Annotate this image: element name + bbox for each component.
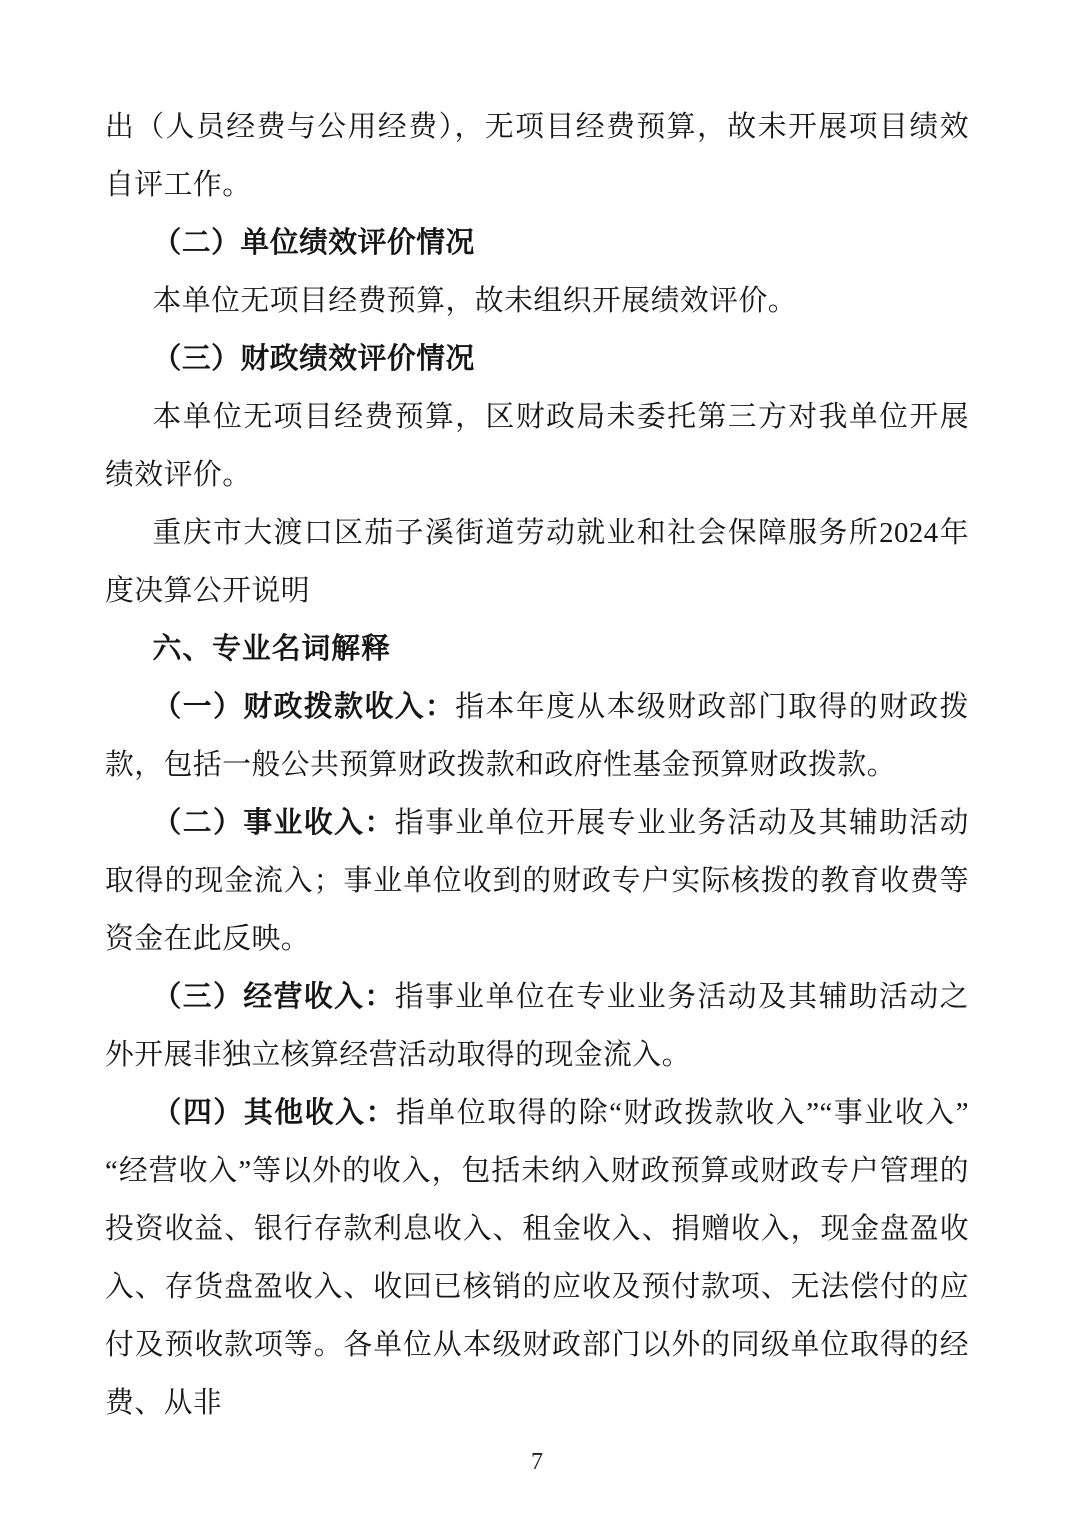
paragraph-text: 六、专业名词解释 — [153, 633, 391, 665]
document-page: 出（人员经费与公用经费），无项目经费预算，故未开展项目绩效自评工作。（二）单位绩… — [0, 0, 1074, 1520]
paragraph-lead-term: （二）事业收入： — [153, 807, 395, 839]
paragraph-text: （二）单位绩效评价情况 — [153, 227, 475, 259]
paragraph-text: 出（人员经费与公用经费），无项目经费预算，故未开展项目绩效自评工作。 — [105, 111, 969, 201]
paragraph-lead-term: （四）其他收入： — [153, 1097, 397, 1129]
paragraph: 重庆市大渡口区茄子溪街道劳动就业和社会保障服务所2024年度决算公开说明 — [105, 504, 969, 620]
paragraph-text: （三）财政绩效评价情况 — [153, 343, 475, 375]
paragraph: （一）财政拨款收入：指本年度从本级财政部门取得的财政拨款，包括一般公共预算财政拨… — [105, 678, 969, 794]
paragraph-text: 指单位取得的除“财政拨款收入”“事业收入”“经营收入”等以外的收入，包括未纳入财… — [105, 1097, 969, 1419]
paragraph-text: 本单位无项目经费预算，区财政局未委托第三方对我单位开展绩效评价。 — [105, 401, 969, 491]
paragraph: 本单位无项目经费预算，区财政局未委托第三方对我单位开展绩效评价。 — [105, 388, 969, 504]
paragraph: 出（人员经费与公用经费），无项目经费预算，故未开展项目绩效自评工作。 — [105, 98, 969, 214]
subsection-heading: （二）单位绩效评价情况 — [105, 214, 969, 272]
paragraph: （四）其他收入：指单位取得的除“财政拨款收入”“事业收入”“经营收入”等以外的收… — [105, 1084, 969, 1432]
paragraph-lead-term: （三）经营收入： — [153, 981, 395, 1013]
paragraph: 本单位无项目经费预算，故未组织开展绩效评价。 — [105, 272, 969, 330]
paragraph-text: 本单位无项目经费预算，故未组织开展绩效评价。 — [153, 285, 798, 317]
page-number: 7 — [0, 1448, 1074, 1476]
paragraph-lead-term: （一）财政拨款收入： — [153, 691, 456, 723]
document-body: 出（人员经费与公用经费），无项目经费预算，故未开展项目绩效自评工作。（二）单位绩… — [105, 98, 969, 1432]
paragraph: （三）经营收入：指事业单位在专业业务活动及其辅助活动之外开展非独立核算经营活动取… — [105, 968, 969, 1084]
subsection-heading: （三）财政绩效评价情况 — [105, 330, 969, 388]
paragraph: （二）事业收入：指事业单位开展专业业务活动及其辅助活动取得的现金流入；事业单位收… — [105, 794, 969, 968]
paragraph-text: 重庆市大渡口区茄子溪街道劳动就业和社会保障服务所2024年度决算公开说明 — [105, 517, 969, 607]
section-heading: 六、专业名词解释 — [105, 620, 969, 678]
